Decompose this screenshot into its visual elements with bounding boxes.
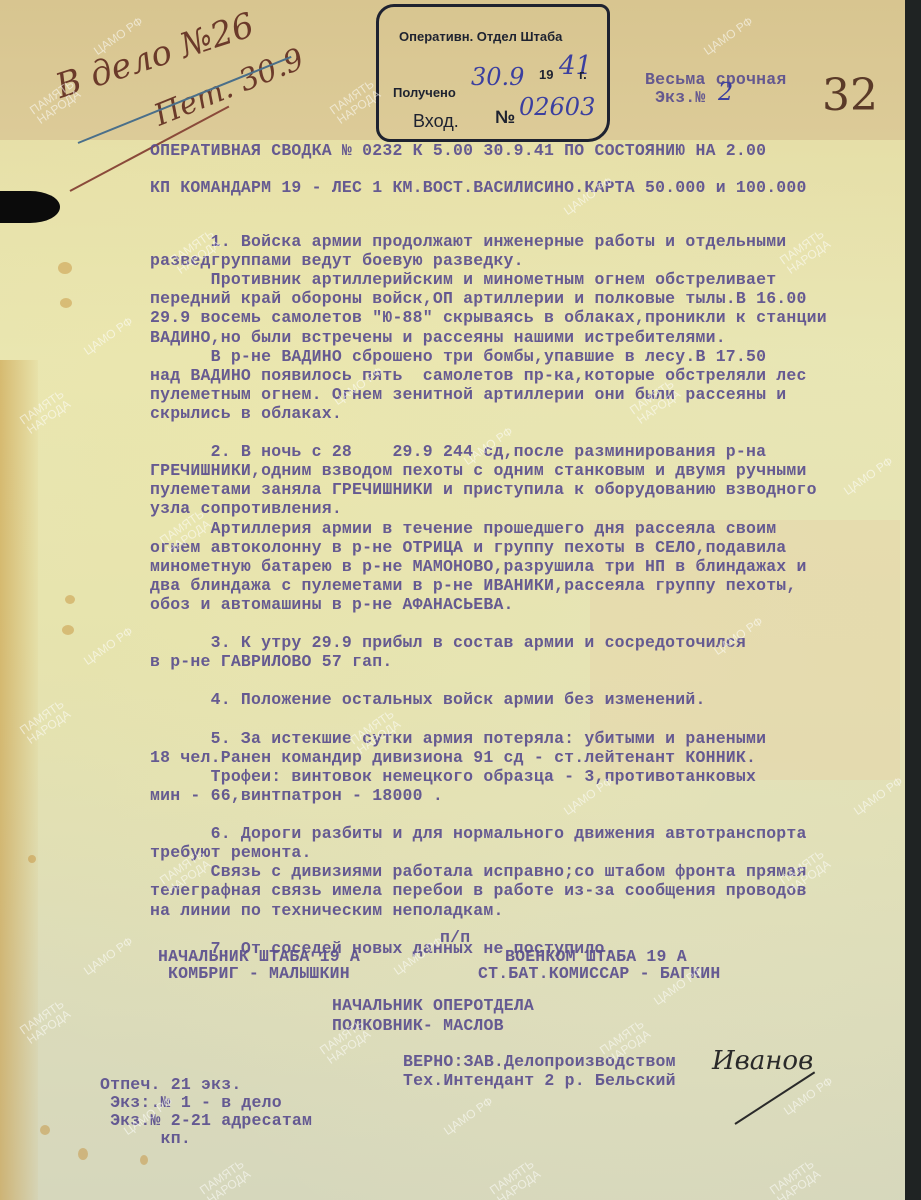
ops-chief-title: НАЧАЛЬНИК ОПЕРОТДЕЛА: [332, 996, 534, 1015]
body-line: скрылись в облаках.: [150, 404, 342, 423]
body-line: обоз и автомашины в р-не АФАНАСЬЕВА.: [150, 595, 514, 614]
stain: [58, 262, 72, 274]
watermark: ЦАМО РФ: [82, 935, 135, 977]
body-line: требуют ремонта.: [150, 843, 312, 862]
stain: [28, 855, 36, 863]
body-line: Артиллерия армии в течение прошедшего дн…: [150, 519, 776, 538]
body-line: 5. За истекшие сутки армия потеряла: уби…: [150, 729, 766, 748]
handwritten-signature: Иванов: [712, 1046, 813, 1076]
body-line: два блиндажа с пулеметами в р-не ИВАНИКИ…: [150, 576, 797, 595]
left-edge-stain: [0, 360, 38, 1200]
watermark: ПАМЯТЬ НАРОДА: [488, 1158, 543, 1200]
report-title-line-1: ОПЕРАТИВНАЯ СВОДКА № 0232 К 5.00 30.9.41…: [150, 141, 766, 160]
stamp-incoming-number: 02603: [519, 93, 595, 121]
stamp-year-prefix: 19: [539, 67, 553, 82]
body-line: 29.9 восемь самолетов "Ю-88" скрываясь в…: [150, 308, 827, 327]
body-line: Связь с дивизиями работала исправно;со ш…: [150, 862, 807, 881]
body-line: в р-не ГАВРИЛОВО 57 гап.: [150, 652, 392, 671]
watermark: ЦАМО РФ: [82, 625, 135, 667]
incoming-stamp: Оперативн. Отдел Штаба Получено 30.9 19 …: [376, 4, 610, 142]
body-line: на линии по техническим неполадкам.: [150, 901, 504, 920]
body-line: 6. Дороги разбиты и для нормального движ…: [150, 824, 807, 843]
stain: [60, 298, 72, 308]
stain: [140, 1155, 148, 1165]
urgency-label: Весьма срочная: [645, 70, 786, 89]
body-line: пулеметным огнем. Огнем зенитной артилле…: [150, 385, 786, 404]
stamp-year-value: 41: [559, 51, 592, 81]
body-line: 1. Войска армии продолжают инженерные ра…: [150, 232, 786, 251]
watermark: ПАМЯТЬ НАРОДА: [768, 1158, 823, 1200]
body-line: пулеметами заняла ГРЕЧИШНИКИ и приступил…: [150, 480, 817, 499]
watermark: ЦАМО РФ: [82, 315, 135, 357]
stain: [78, 1148, 88, 1160]
chief-of-staff-name: КОМБРИГ - МАЛЫШКИН: [168, 964, 350, 983]
body-line: над ВАДИНО появилось пять самолетов пр-к…: [150, 366, 807, 385]
scan-edge: [905, 0, 921, 1200]
body-line: ГРЕЧИШНИКИ,одним взводом пехоты с одним …: [150, 461, 807, 480]
body-line: 2. В ночь с 28 29.9 244 сд,после размини…: [150, 442, 766, 461]
distribution-line-2: Экз:.№ 1 - в дело: [100, 1093, 282, 1112]
body-line: мин - 66,винтпатрон - 18000 .: [150, 786, 443, 805]
watermark: ЦАМО РФ: [852, 775, 905, 817]
stamp-year-suffix: г.: [579, 67, 587, 82]
distribution-line-1: Отпеч. 21 экз.: [100, 1075, 241, 1094]
stain: [65, 595, 75, 604]
body-line: 4. Положение остальных войск армии без и…: [150, 690, 706, 709]
body-line: 18 чел.Ранен командир дивизиона 91 сд - …: [150, 748, 756, 767]
document-page: В дело №26 Пет. 30.9 32 Оперативн. Отдел…: [0, 0, 905, 1200]
watermark: ПАМЯТЬ НАРОДА: [198, 1158, 253, 1200]
stain: [40, 1125, 50, 1135]
stamp-received-date: 30.9: [471, 63, 524, 91]
watermark: ПАМЯТЬ НАРОДА: [318, 1018, 373, 1067]
body-line: телеграфная связь имела перебои в работе…: [150, 881, 807, 900]
body-line: 3. К утру 29.9 прибыл в состав армии и с…: [150, 633, 746, 652]
body-line: минометную батарею в р-не МАМОНОВО,разру…: [150, 557, 807, 576]
body-line: огнем автоколонну в р-не ОТРИЦА и группу…: [150, 538, 786, 557]
certification-line-1: ВЕРНО:ЗАВ.Делопроизводством: [403, 1052, 676, 1071]
body-line: ВАДИНО,но были встречены и рассеяны наши…: [150, 328, 726, 347]
watermark: ЦАМО РФ: [782, 1075, 835, 1117]
copy-label: Экз.№: [655, 88, 706, 107]
certification-line-2: Тех.Интендант 2 р. Бельский: [403, 1071, 676, 1090]
watermark: ЦАМО РФ: [842, 455, 895, 497]
stamp-received-label: Получено: [393, 85, 456, 100]
body-line: узла сопротивления.: [150, 499, 342, 518]
punch-hole: [0, 191, 60, 223]
body-line: передний край обороны войск,ОП артиллери…: [150, 289, 807, 308]
body-line: Противник артиллерийским и минометным ог…: [150, 270, 776, 289]
report-title-line-2: КП КОМАНДАРМ 19 - ЛЕС 1 КМ.ВОСТ.ВАСИЛИСИ…: [150, 178, 807, 197]
copy-number: 2: [718, 78, 733, 106]
stain: [62, 625, 74, 635]
stamp-incoming-label: Вход.: [413, 111, 459, 132]
stamp-department: Оперативн. Отдел Штаба: [399, 29, 562, 44]
page-number: 32: [822, 70, 878, 121]
watermark: ЦАМО РФ: [442, 1095, 495, 1137]
distribution-line-4: кп.: [100, 1129, 191, 1148]
body-line: В р-не ВАДИНО сброшено три бомбы,упавшие…: [150, 347, 766, 366]
stamp-number-sign: №: [495, 107, 515, 128]
body-line: Трофеи: винтовок немецкого образца - 3,п…: [150, 767, 756, 786]
